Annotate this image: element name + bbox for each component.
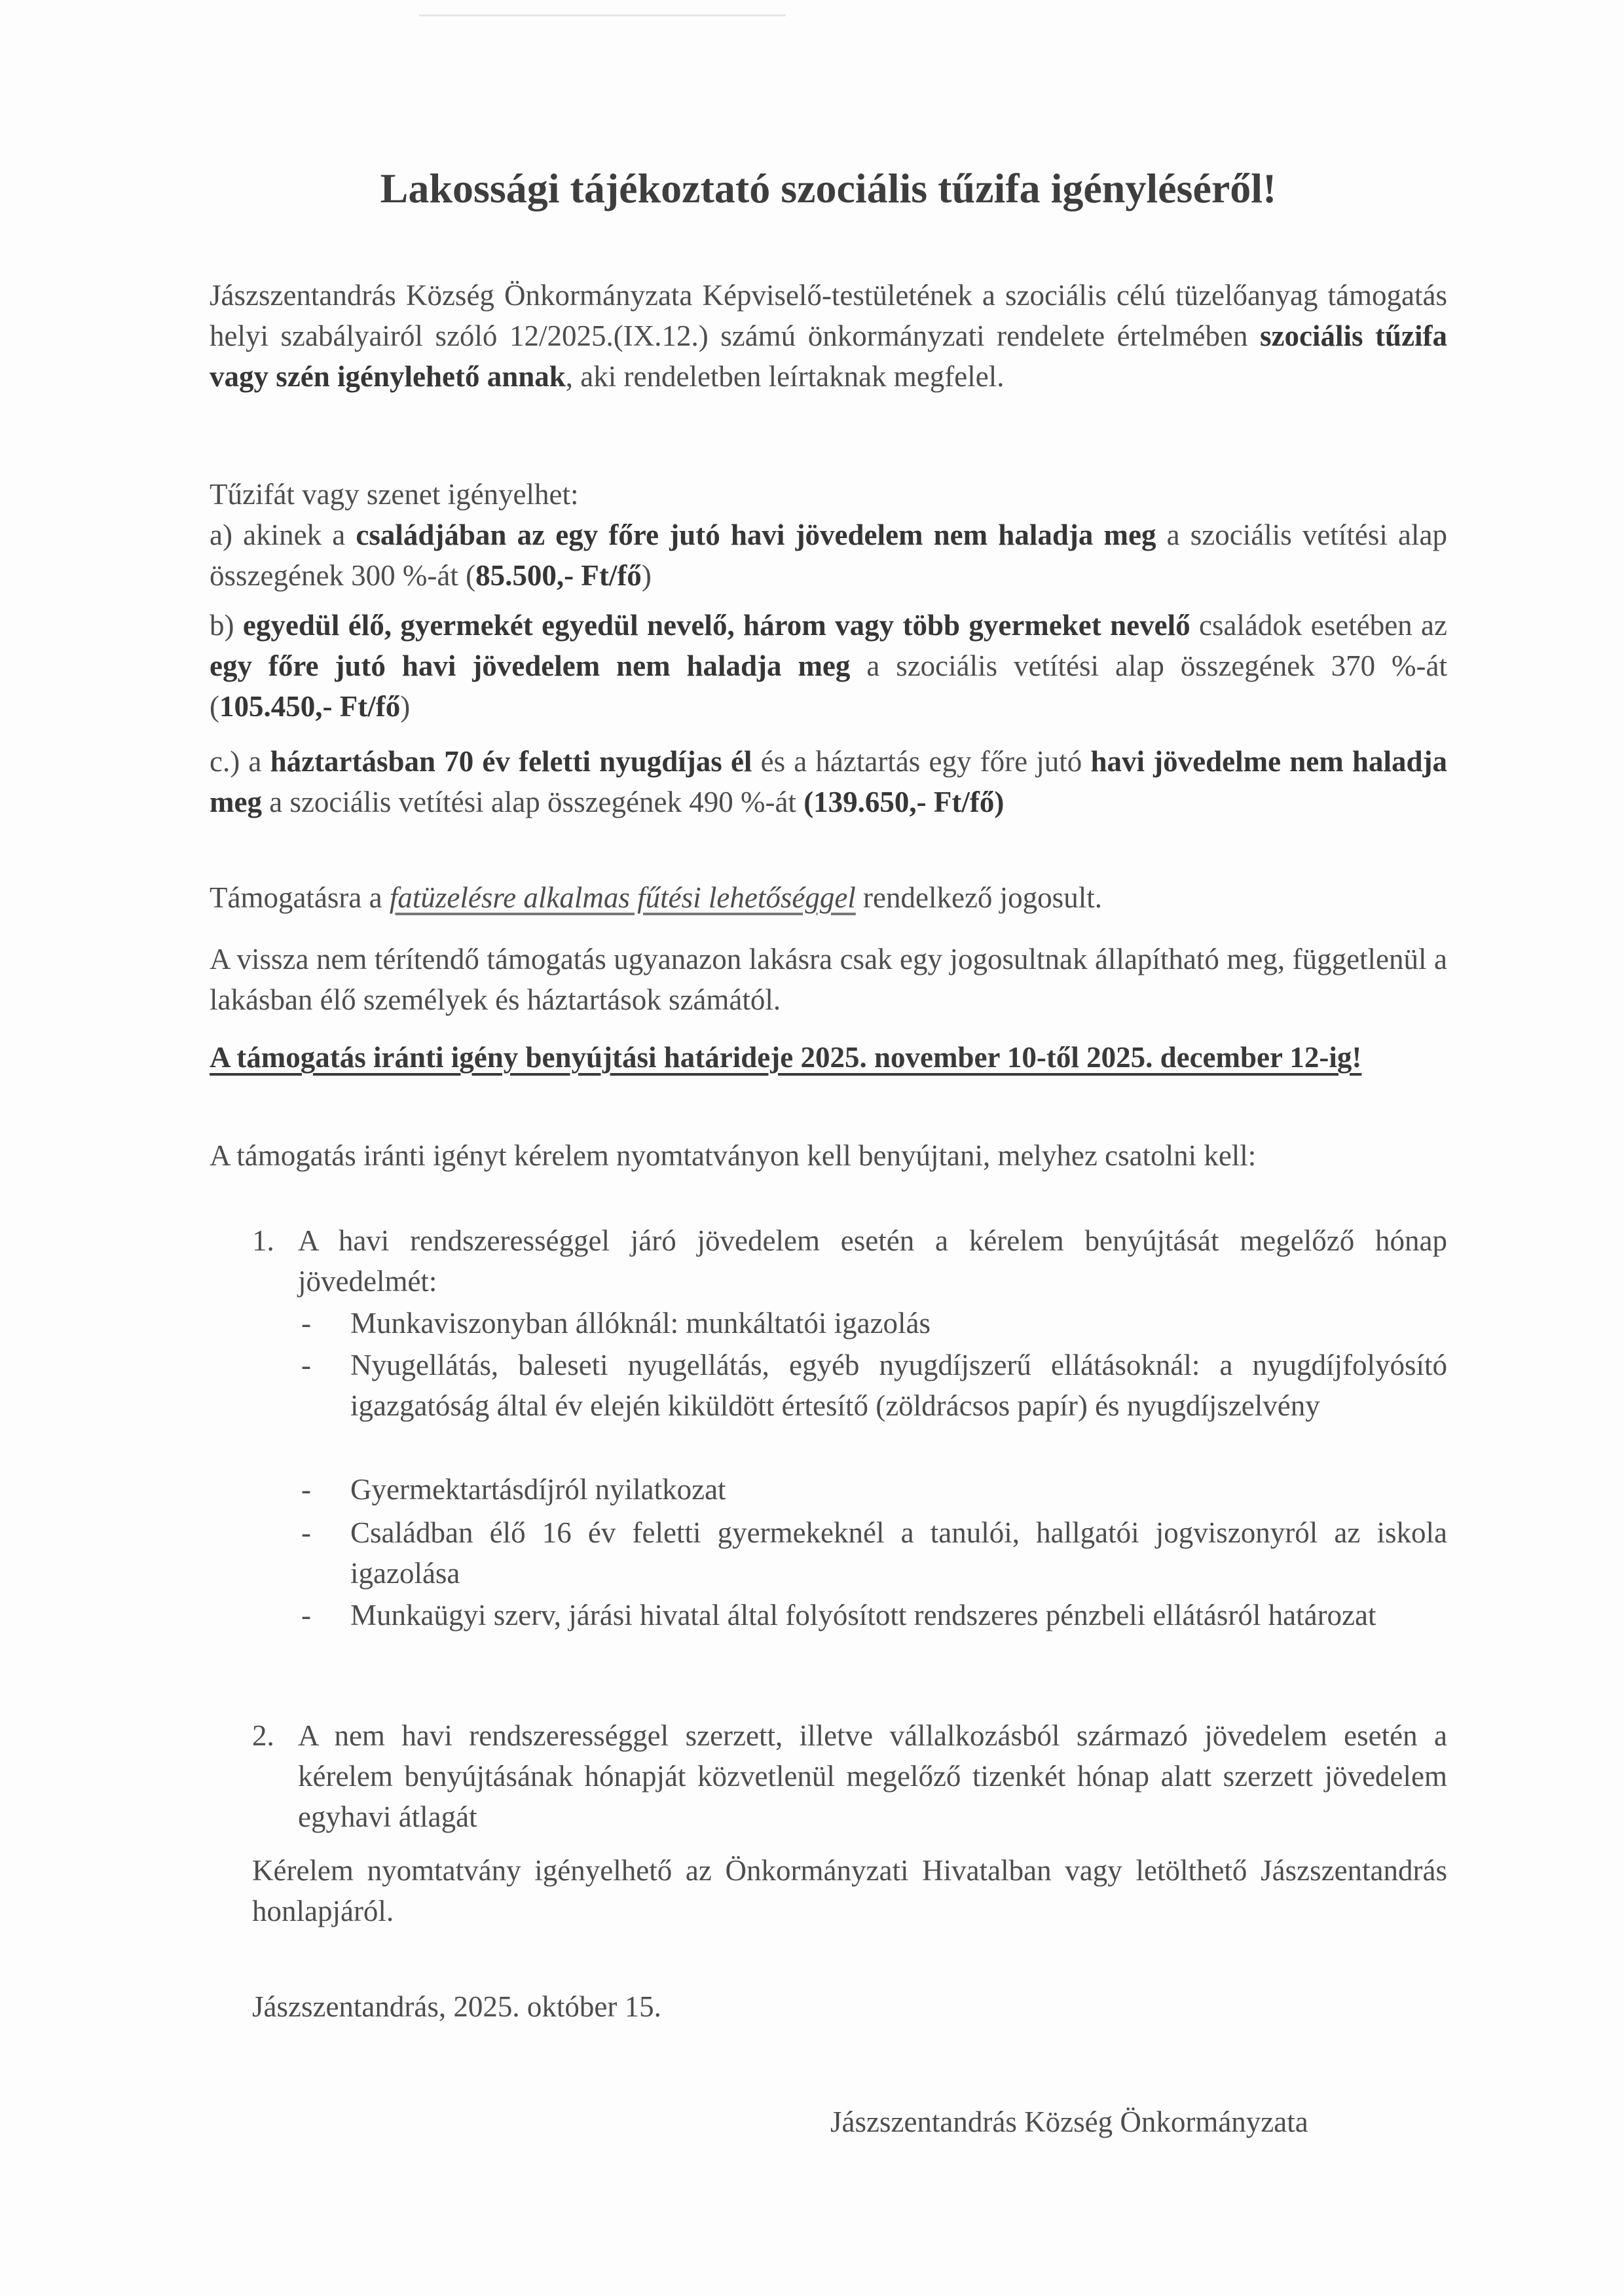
criterion-text: a szociális vetítési alap összegének 490… — [262, 786, 803, 818]
eligibility-section: Tűzifát vagy szenet igényelhet: a) akine… — [210, 474, 1447, 596]
criterion-c: c.) a háztartásban 70 év feletti nyugdíj… — [210, 741, 1447, 822]
sub-item: - Munkaviszonyban állóknál: munkáltatói … — [298, 1303, 1447, 1343]
deadline-text: A támogatás iránti igény benyújtási hatá… — [210, 1041, 1361, 1074]
criterion-label: c.) — [210, 745, 240, 778]
criterion-text: akinek a — [232, 519, 356, 551]
attachment-item-1: 1. A havi rendszerességgel járó jövedele… — [252, 1220, 1447, 1302]
criterion-text — [234, 609, 243, 642]
sub-item: - Családban élő 16 év feletti gyermekekn… — [298, 1512, 1447, 1594]
form-availability-text: Kérelem nyomtatvány igényelhető az Önkor… — [252, 1850, 1447, 1931]
criterion-label: a) — [210, 519, 232, 551]
eligibility-heading: Tűzifát vagy szenet igényelhet: — [210, 474, 1447, 515]
dash-bullet: - — [301, 1469, 311, 1510]
item-text: A havi rendszerességgel járó jövedelem e… — [298, 1220, 1447, 1302]
one-per-home-paragraph: A vissza nem térítendő támogatás ugyanaz… — [210, 939, 1447, 1020]
criterion-label: b) — [210, 609, 234, 642]
deadline-paragraph: A támogatás iránti igény benyújtási hatá… — [210, 1037, 1447, 1078]
dash-bullet: - — [301, 1595, 311, 1635]
criterion-text: a — [240, 745, 270, 778]
criterion-bold: egyedül élő, gyermekét egyedül nevelő, h… — [243, 609, 1190, 642]
scan-artifact — [419, 14, 786, 16]
intro-paragraph: Jászszentandrás Község Önkormányzata Kép… — [210, 275, 1447, 397]
signature: Jászszentandrás Község Önkormányzata — [830, 2102, 1308, 2142]
sub-item: - Nyugellátás, baleseti nyugellátás, egy… — [298, 1345, 1447, 1426]
criterion-amount: 105.450,- Ft/fő — [219, 690, 400, 723]
attachments-intro: A támogatás iránti igényt kérelem nyomta… — [210, 1135, 1388, 1176]
place-date: Jászszentandrás, 2025. október 15. — [252, 1986, 1447, 2027]
criterion-b: b) egyedül élő, gyermekét egyedül nevelő… — [210, 605, 1447, 727]
attachments-intro-text: A támogatás iránti igényt kérelem nyomta… — [210, 1135, 1388, 1176]
criterion-a: a) akinek a családjában az egy főre jutó… — [210, 515, 1447, 596]
document-page: Lakossági tájékoztató szociális tűzifa i… — [0, 0, 1624, 2296]
criterion-bold: háztartásban 70 év feletti nyugdíjas él — [270, 745, 752, 778]
criterion-bold: egy főre jutó havi jövedelem nem haladja… — [210, 649, 850, 682]
criterion-amount: (139.650,- Ft/fő) — [803, 786, 1004, 818]
sub-item-text: Családban élő 16 év feletti gyermekeknél… — [350, 1512, 1447, 1594]
heating-text: rendelkező jogosult. — [856, 881, 1102, 914]
sub-item-text: Nyugellátás, baleseti nyugellátás, egyéb… — [350, 1345, 1447, 1426]
sub-item: - Gyermektartásdíjról nyilatkozat — [298, 1469, 1447, 1510]
one-per-home-text: A vissza nem térítendő támogatás ugyanaz… — [210, 939, 1447, 1020]
attachment-item-2: 2. A nem havi rendszerességgel szerzett,… — [252, 1715, 1447, 1837]
item-number: 2. — [252, 1715, 274, 1756]
criterion-text: ) — [642, 559, 652, 592]
sub-item: - Munkaügyi szerv, járási hivatal által … — [298, 1595, 1447, 1635]
dash-bullet: - — [301, 1303, 311, 1343]
heating-text: Támogatásra a — [210, 881, 390, 914]
heating-underlined-text: fatüzelésre alkalmas fűtési lehetőséggel — [390, 881, 856, 914]
sub-item-text: Gyermektartásdíjról nyilatkozat — [350, 1469, 1447, 1510]
item-number: 1. — [252, 1220, 274, 1261]
intro-text-end: , aki rendeletben leírtaknak megfelel. — [566, 360, 1005, 393]
criterion-amount: 85.500,- Ft/fő — [475, 559, 642, 592]
sub-item-text: Munkaügyi szerv, járási hivatal által fo… — [350, 1595, 1447, 1635]
criterion-bold: családjában az egy főre jutó havi jövede… — [356, 519, 1156, 551]
sub-item-text: Munkaviszonyban állóknál: munkáltatói ig… — [350, 1303, 1447, 1343]
criterion-text: és a háztartás egy főre jutó — [752, 745, 1090, 778]
heating-requirement: Támogatásra a fatüzelésre alkalmas fűtés… — [210, 877, 1447, 918]
item-text: A nem havi rendszerességgel szerzett, il… — [298, 1715, 1447, 1837]
dash-bullet: - — [301, 1512, 311, 1553]
form-availability: Kérelem nyomtatvány igényelhető az Önkor… — [252, 1850, 1447, 1931]
dash-bullet: - — [301, 1345, 311, 1385]
criterion-text: családok esetében az — [1190, 609, 1447, 642]
criterion-text: ) — [400, 690, 410, 723]
page-title: Lakossági tájékoztató szociális tűzifa i… — [210, 162, 1447, 215]
